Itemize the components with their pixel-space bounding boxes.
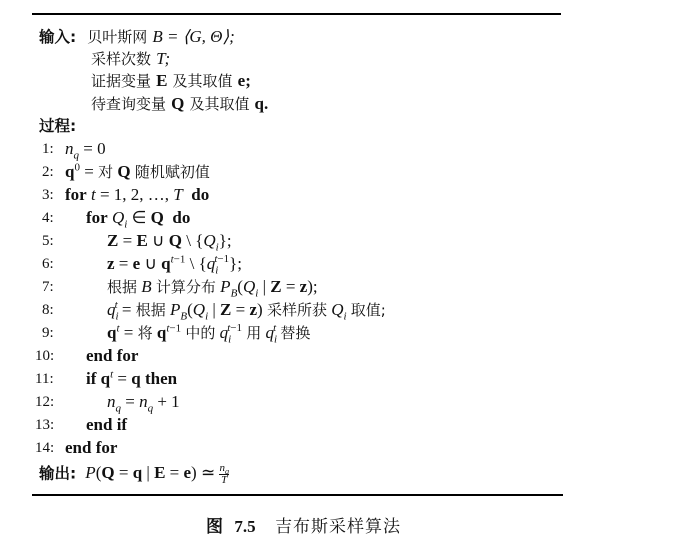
bottom-rule bbox=[32, 494, 563, 496]
figure-label: 图 bbox=[206, 517, 223, 537]
figure-caption: 图 7.5 吉布斯采样算法 bbox=[206, 512, 401, 537]
process-label: 过程: bbox=[39, 117, 76, 135]
process-label-line: 过程: bbox=[39, 116, 76, 136]
input-label: 输入: bbox=[39, 28, 76, 46]
figure-number: 7.5 bbox=[234, 517, 255, 536]
input-line-2: 采样次数 T; bbox=[91, 49, 170, 69]
output-line: 输出: P(Q = q | E = e) ≃ nqT bbox=[39, 463, 229, 486]
input-line-4: 待查询变量 Q 及其取值 q. bbox=[91, 94, 268, 114]
input-math-1: B = ⟨G, Θ⟩; bbox=[152, 27, 234, 46]
step-2-text: q0 = 对 Q 随机赋初值 bbox=[65, 162, 210, 182]
step-3-text: for t = 1, 2, …, T do bbox=[65, 185, 209, 205]
output-formula: P(Q = q | E = e) ≃ nqT bbox=[85, 463, 229, 482]
step-11-text: if qt = q then bbox=[86, 369, 177, 389]
step-1-text: nq = 0 bbox=[65, 139, 106, 159]
figure-title: 吉布斯采样算法 bbox=[275, 517, 401, 537]
step-9-text: qt = 将 qt−1 中的 qit−1 用 qit 替换 bbox=[107, 323, 310, 343]
top-rule bbox=[32, 13, 561, 15]
step-6-text: z = e ∪ qt−1 \ {qit−1}; bbox=[107, 254, 242, 274]
step-5-text: Z = E ∪ Q \ {Qi}; bbox=[107, 231, 232, 251]
step-4-text: for Qi ∈ Q do bbox=[86, 208, 190, 228]
input-line-3: 证据变量 E 及其取值 e; bbox=[91, 71, 251, 91]
input-line-1: 输入: 贝叶斯网 B = ⟨G, Θ⟩; bbox=[39, 27, 235, 47]
step-8-text: qit = 根据 PB(Qi | Z = z) 采样所获 Qi 取值; bbox=[107, 300, 386, 320]
output-label: 输出: bbox=[39, 464, 76, 482]
step-7-text: 根据 B 计算分布 PB(Qi | Z = z); bbox=[107, 277, 318, 297]
step-12-text: nq = nq + 1 bbox=[107, 392, 180, 412]
fraction-nq-over-T: nqT bbox=[219, 463, 229, 486]
